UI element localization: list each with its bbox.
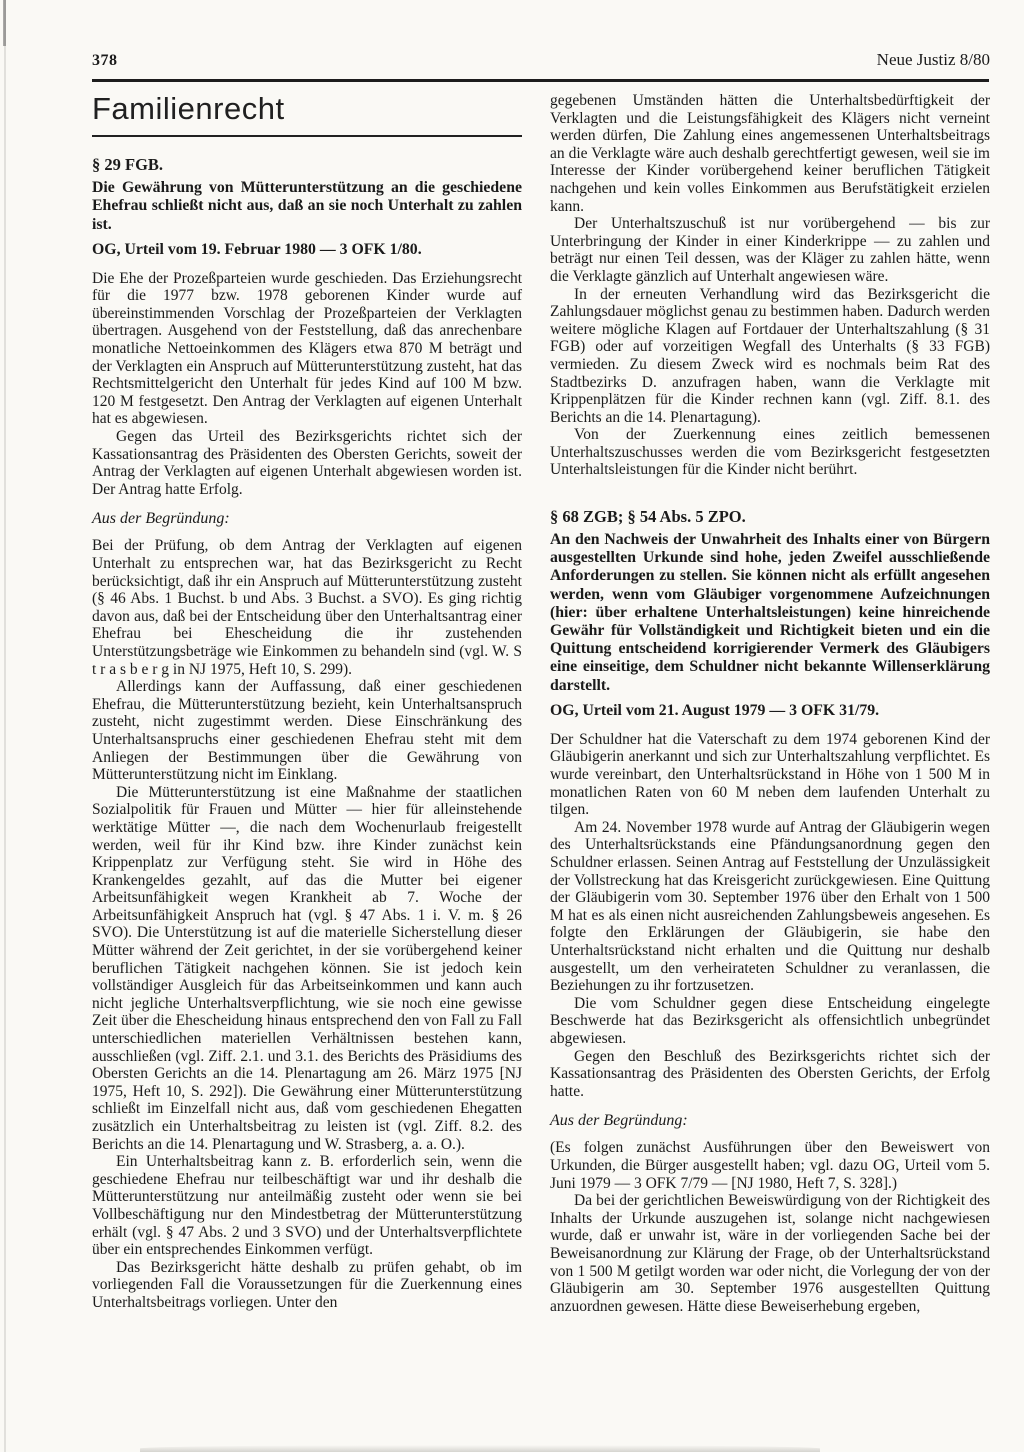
case1-reasons-paragraph-continued: gegebenen Umständen hätten die Unterhalt… [550,92,990,215]
case1-headnote: Die Gewährung von Mütterunterstützung an… [92,179,522,234]
scan-corner-artifact [3,0,6,46]
left-column: Familienrecht § 29 FGB. Die Gewährung vo… [92,92,522,1312]
case2-block: § 68 ZGB; § 54 Abs. 5 ZPO. An den Nachwe… [550,507,990,1315]
case1-reasons-paragraph: Ein Unterhaltsbeitrag kann z. B. erforde… [92,1153,522,1259]
case1-facts-paragraph: Die Ehe der Prozeßparteien wurde geschie… [92,270,522,428]
case2-citation: OG, Urteil vom 21. August 1979 — 3 OFK 3… [550,702,990,720]
right-column: gegebenen Umständen hätten die Unterhalt… [550,92,990,1315]
case1-block: § 29 FGB. Die Gewährung von Mütterunters… [92,155,522,1311]
case2-reasons-paragraph: Da bei der gerichtlichen Beweiswürdigung… [550,1192,990,1315]
case2-facts-paragraph: Am 24. November 1978 wurde auf Antrag de… [550,819,990,995]
case2-statute-heading: § 68 ZGB; § 54 Abs. 5 ZPO. [550,507,990,526]
case2-facts-paragraph: Die vom Schuldner gegen diese Entscheidu… [550,995,990,1048]
case1-statute-heading: § 29 FGB. [92,155,522,174]
page-number: 378 [92,52,118,70]
case1-citation: OG, Urteil vom 19. Februar 1980 — 3 OFK … [92,241,522,259]
case2-facts-paragraph: Gegen den Beschluß des Bezirksgerichts r… [550,1048,990,1101]
case1-reasons-paragraph: In der erneuten Verhandlung wird das Bez… [550,286,990,427]
case1-reasons-paragraph: Das Bezirksgericht hätte deshalb zu prüf… [92,1259,522,1312]
page-header: 378 Neue Justiz 8/80 [92,50,990,70]
case1-reasons-paragraph: Die Mütterunterstützung ist eine Maßnahm… [92,784,522,1153]
case2-reasons-label: Aus der Begründung: [550,1112,990,1130]
section-title: Familienrecht [92,92,522,126]
case1-reasons-paragraph: Bei der Prüfung, ob dem Antrag der Verkl… [92,537,522,678]
scan-bottom-smudge-artifact [140,1445,820,1452]
case1-reasons-paragraph: Von der Zuerkennung eines zeitlich bemes… [550,426,990,479]
case2-headnote: An den Nachweis der Unwahrheit des Inhal… [550,531,990,695]
case2-facts-paragraph: Der Schuldner hat die Vaterschaft zu dem… [550,731,990,819]
journal-page: 378 Neue Justiz 8/80 Familienrecht § 29 … [0,0,1024,1452]
scan-edge-artifact [4,0,6,1452]
case1-reasons-paragraph: Allerdings kann der Auffassung, daß eine… [92,678,522,784]
journal-title: Neue Justiz 8/80 [877,50,990,70]
case2-reasons-paragraph: (Es folgen zunächst Ausführungen über de… [550,1139,990,1192]
case1-reasons-label: Aus der Begründung: [92,510,522,528]
section-rule [92,135,522,137]
case1-reasons-paragraph: Der Unterhaltszuschuß ist nur vorübergeh… [550,215,990,285]
header-rule [92,79,989,82]
case1-facts-paragraph: Gegen das Urteil des Bezirksgerichts ric… [92,428,522,498]
